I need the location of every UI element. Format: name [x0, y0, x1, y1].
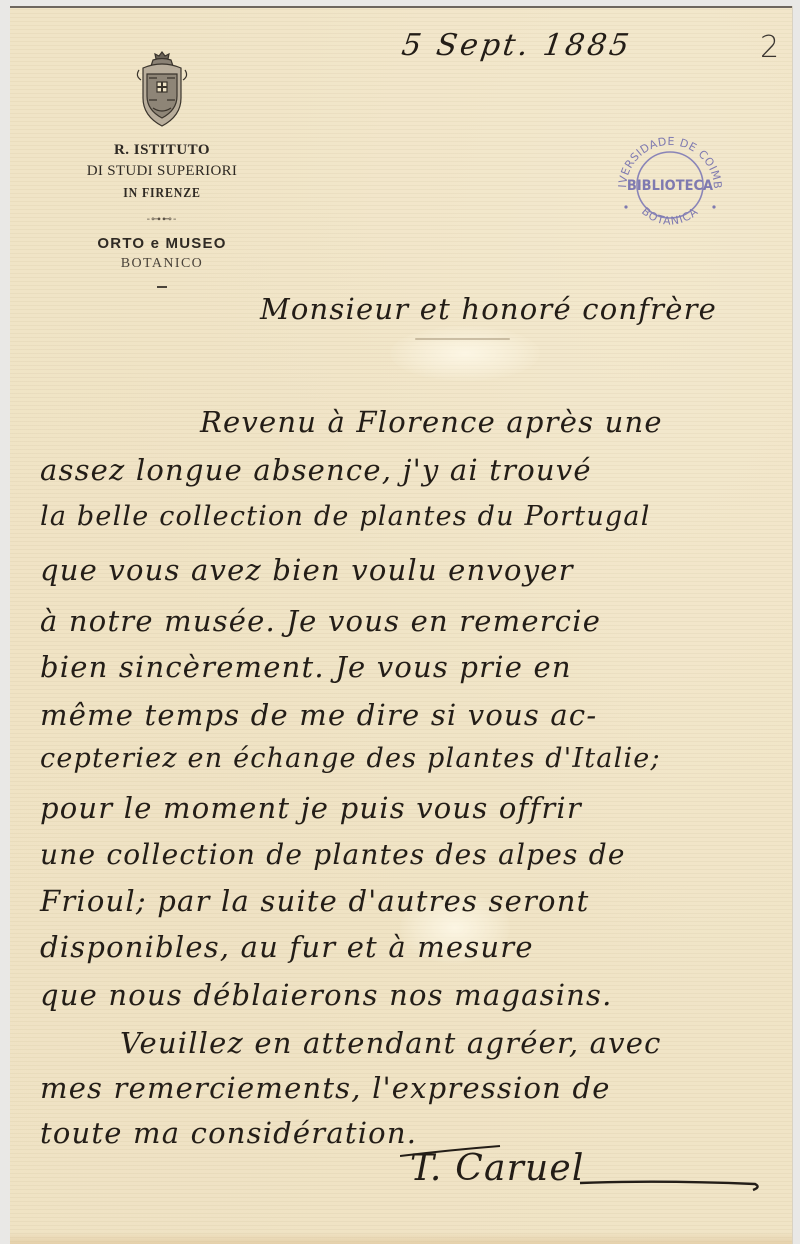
letter-line: bien sincèrement. Je vous prie en — [40, 650, 572, 684]
library-stamp-icon: UNIVERSIDADE DE COIMBRA BOTANICA BIBLIOT… — [608, 123, 732, 247]
letter-line: même temps de me dire si vous ac- — [40, 698, 597, 732]
letter-date: 5 Sept. 1885 — [400, 28, 635, 63]
letter-line: Frioul; par la suite d'autres seront — [40, 884, 589, 918]
letterhead-studies: DI STUDI SUPERIORI — [72, 163, 252, 180]
letter-line: que vous avez bien voulu envoyer — [40, 553, 574, 587]
letter-signature: T. Caruel — [410, 1148, 585, 1189]
royal-coat-of-arms-icon — [131, 48, 193, 132]
letter-line: pour le moment je puis vous offrir — [40, 791, 582, 825]
letterhead-department: ORTO e MUSEO — [72, 235, 252, 252]
stamp-bottom-text: BOTANICA — [639, 205, 701, 228]
letter-line: Veuillez en attendant agréer, avec — [120, 1026, 662, 1060]
letterhead-institute: R. ISTITUTO — [72, 142, 252, 159]
letter-line: la belle collection de plantes du Portug… — [40, 501, 651, 532]
letter-line: cepteriez en échange des plantes d'Itali… — [40, 743, 661, 774]
letter-line: disponibles, au fur et à mesure — [40, 930, 534, 964]
svg-text:BOTANICA: BOTANICA — [639, 205, 701, 228]
letterhead-city: IN FIRENZE — [86, 186, 239, 202]
letter-line: mes remerciements, l'expression de — [40, 1071, 611, 1105]
letter-page: R. ISTITUTO DI STUDI SUPERIORI IN FIRENZ… — [10, 6, 792, 1244]
letter-line: une collection de plantes des alpes de — [40, 838, 626, 871]
page-number: 2 — [760, 30, 780, 65]
letterhead-subdepartment: BOTANICO — [72, 256, 252, 272]
letter-line: assez longue absence, j'y ai trouvé — [40, 453, 592, 487]
paper-fold-mark — [390, 326, 540, 381]
letter-line: à notre musée. Je vous en remercie — [40, 604, 601, 638]
letter-line: toute ma considération. — [40, 1116, 417, 1150]
letterhead: R. ISTITUTO DI STUDI SUPERIORI IN FIRENZ… — [72, 48, 252, 288]
stamp-center-text: BIBLIOTECA — [627, 178, 714, 195]
paper-crease — [415, 338, 510, 340]
letterhead-ornament: -⊶⊷- — [72, 214, 252, 225]
letter-salutation: Monsieur et honoré confrère — [260, 292, 717, 326]
letter-line: Revenu à Florence après une — [200, 405, 663, 439]
letter-line: que nous déblaierons nos magasins. — [40, 978, 613, 1012]
letterhead-divider — [157, 286, 167, 288]
